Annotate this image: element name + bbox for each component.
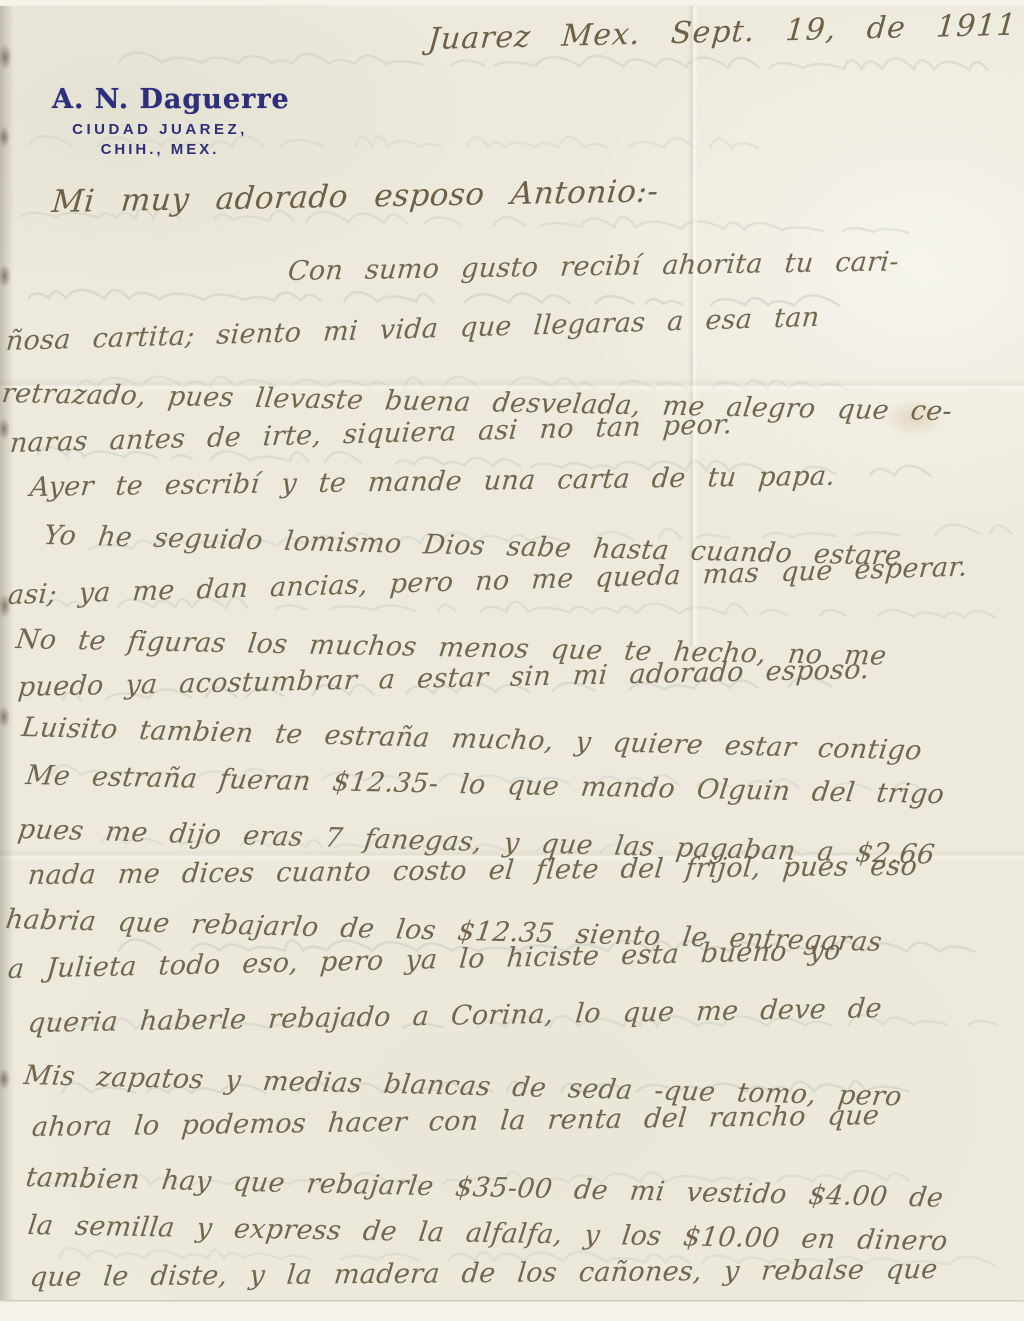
letter-line: nada me dices cuanto costo el flete del … bbox=[27, 851, 919, 891]
letter-line: ñosa cartita; siento mi vida que llegara… bbox=[5, 302, 821, 357]
edge-smudge bbox=[0, 126, 10, 148]
edge-smudge bbox=[0, 418, 10, 440]
paper-edge-shadow bbox=[0, 6, 14, 1300]
letter-line: Me estraña fueran $12.35- lo que mando O… bbox=[24, 760, 946, 810]
letter-line: Ayer te escribí y te mande una carta de … bbox=[29, 461, 837, 503]
letter-line: la semilla y express de la alfalfa, y lo… bbox=[26, 1210, 949, 1257]
edge-smudge bbox=[0, 1068, 10, 1090]
letterhead-name: A. N. Daguerre bbox=[52, 84, 268, 115]
date-line: Juarez Mex. Sept. 19, de 1911 bbox=[427, 8, 1019, 57]
edge-smudge bbox=[0, 44, 12, 70]
edge-smudge bbox=[0, 264, 11, 288]
letter-line: ahora lo podemos hacer con la renta del … bbox=[31, 1100, 881, 1143]
letter-line: que le diste, y la madera de los cañones… bbox=[29, 1254, 940, 1293]
letterhead-city: CIUDAD JUAREZ, bbox=[52, 121, 268, 138]
letter-line: tambien hay que rebajarle $35-00 de mi v… bbox=[24, 1162, 945, 1214]
letter-line: queria haberle rebajado a Corina, lo que… bbox=[27, 993, 883, 1039]
letter-page: A. N. Daguerre CIUDAD JUAREZ, CHIH., MEX… bbox=[0, 6, 1024, 1300]
letter-line: Luisito tambien te estraña mucho, y quie… bbox=[20, 712, 924, 766]
letter-line: Con sumo gusto recibí ahorita tu cari- bbox=[287, 246, 901, 287]
letterhead: A. N. Daguerre CIUDAD JUAREZ, CHIH., MEX… bbox=[52, 84, 268, 158]
edge-smudge bbox=[0, 706, 10, 728]
letterhead-state: CHIH., MEX. bbox=[52, 141, 268, 158]
letter-line: naras antes de irte, siquiera asi no tan… bbox=[9, 409, 734, 459]
salutation: Mi muy adorado esposo Antonio:- bbox=[50, 173, 660, 220]
